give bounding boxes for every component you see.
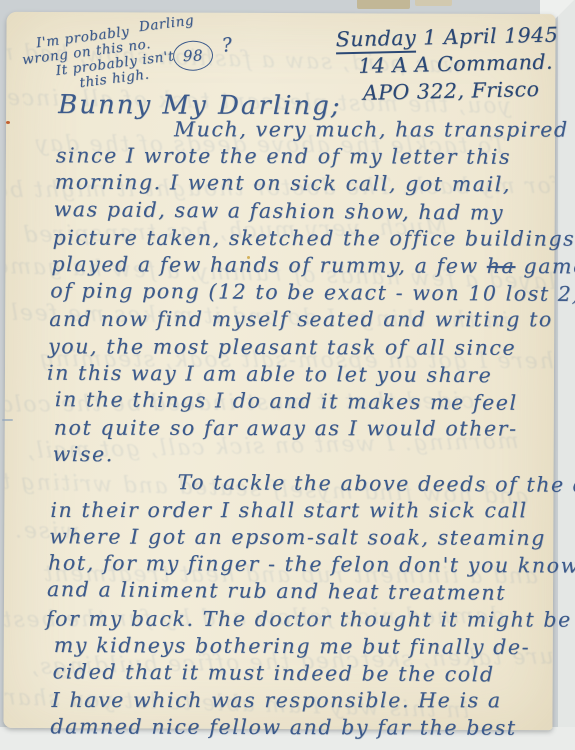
letter-line: you, the most pleasant task of all since [48, 333, 570, 362]
letter-line: hot, for my finger - the felon don't you… [48, 550, 570, 580]
line-text: and now find myself seated and writing t… [49, 307, 553, 331]
letter-line: I have which was responsible. He is a [52, 687, 574, 715]
line-text: in this way I am able to let you share [47, 360, 493, 386]
letter-line: my kidneys bothering me but finally de- [54, 632, 575, 661]
letter-line: in the things I do and it makes me feel [55, 386, 575, 417]
line-text: I have which was responsible. He is a [52, 688, 502, 712]
letter-line: cided that it must indeed be the cold [53, 658, 575, 689]
letter-header: Sunday 1 April 1945 14 A A Command. APO … [335, 21, 575, 107]
tape-tab [415, 0, 452, 6]
letter-line: and a liniment rub and heat treatment [47, 576, 569, 607]
letter-line: since I wrote the end of my letter this [56, 143, 575, 172]
line-text: picture taken, sketched the office build… [53, 225, 575, 250]
scanned-letter-photo: { "colors": { "ink": "#3c5a8b", "ink_dar… [0, 0, 575, 750]
line-text: damned nice fellow and by far the best [50, 715, 516, 740]
letter-line: wise. [53, 441, 575, 470]
line-text: cided that it must indeed be the cold [53, 659, 495, 686]
letter-line: Much, very much, has transpired [174, 116, 570, 143]
letter-line: not quite so far away as I would other- [54, 415, 575, 443]
line-text: and a liniment rub and heat treatment [47, 577, 506, 605]
date-rest: 1 April 1945 [416, 23, 559, 50]
line-text: wise. [53, 442, 114, 466]
line-text: was paid, saw a fashion show, had my [54, 197, 505, 225]
line-text: since I wrote the end of my letter this [56, 144, 511, 169]
line-text: Much, very much, has transpired [174, 117, 569, 141]
line-text: morning. I went on sick call, got mail, [55, 170, 511, 197]
paper-speck [2, 419, 13, 421]
line-text: hot, for my finger - the felon don't you… [48, 551, 575, 578]
line-text: of ping pong (12 to be exact - won 10 lo… [50, 279, 575, 307]
letter-sheet: was paid, saw a fashion show, had myyou,… [3, 12, 555, 730]
line-text: you, the most pleasant task of all since [48, 334, 516, 359]
date-day: Sunday [336, 26, 417, 55]
line-text: where I got an epsom-salt soak, steaming [49, 524, 546, 550]
tape-tab [357, 0, 410, 9]
letter-line: in their order I shall start with sick c… [50, 497, 572, 525]
letter-line: morning. I went on sick call, got mail, [55, 169, 575, 199]
letter-line: To tackle the above deeds of the day [177, 469, 573, 499]
letter-line: and now find myself seated and writing t… [49, 306, 571, 334]
line-text: To tackle the above deeds of the day [177, 470, 575, 497]
letter-line: played a few hands of rummy, a few ha ga… [51, 251, 573, 280]
line-text: not quite so far away as I would other- [54, 416, 518, 441]
letter-line: picture taken, sketched the office build… [53, 224, 575, 252]
line-text: my kidneys bothering me but finally de- [54, 633, 530, 659]
letter-line: damned nice fellow and by far the best [50, 714, 572, 743]
paper-speck [6, 121, 10, 124]
address-line: APO 322, Frisco [363, 75, 575, 107]
unit-line: 14 A A Command. [358, 48, 575, 80]
struck-word: ha [487, 254, 516, 278]
letter-line: of ping pong (12 to be exact - won 10 lo… [50, 278, 572, 309]
handwriting-layer: I'm probably wrong on this no. It probab… [3, 12, 555, 730]
line-text: played a few hands of rummy, a few [51, 252, 486, 278]
letter-line: in this way I am able to let you share [47, 359, 569, 389]
paper-speck [247, 256, 250, 259]
line-text: in their order I shall start with sick c… [50, 498, 527, 522]
margin-note: I'm probably wrong on this no. It probab… [19, 11, 245, 98]
line-text: for my back. The doctor thought it might… [46, 606, 572, 631]
letter-line: was paid, saw a fashion show, had my [54, 196, 575, 227]
line-text: games [515, 254, 575, 278]
question-mark: ? [221, 38, 234, 54]
letter-line: where I got an epsom-salt soak, steaming [49, 523, 571, 552]
letter-line: for my back. The doctor thought it might… [46, 605, 568, 633]
letter-body: Much, very much, has transpiredsince I w… [49, 115, 574, 743]
line-text: in the things I do and it makes me feel [55, 387, 518, 415]
